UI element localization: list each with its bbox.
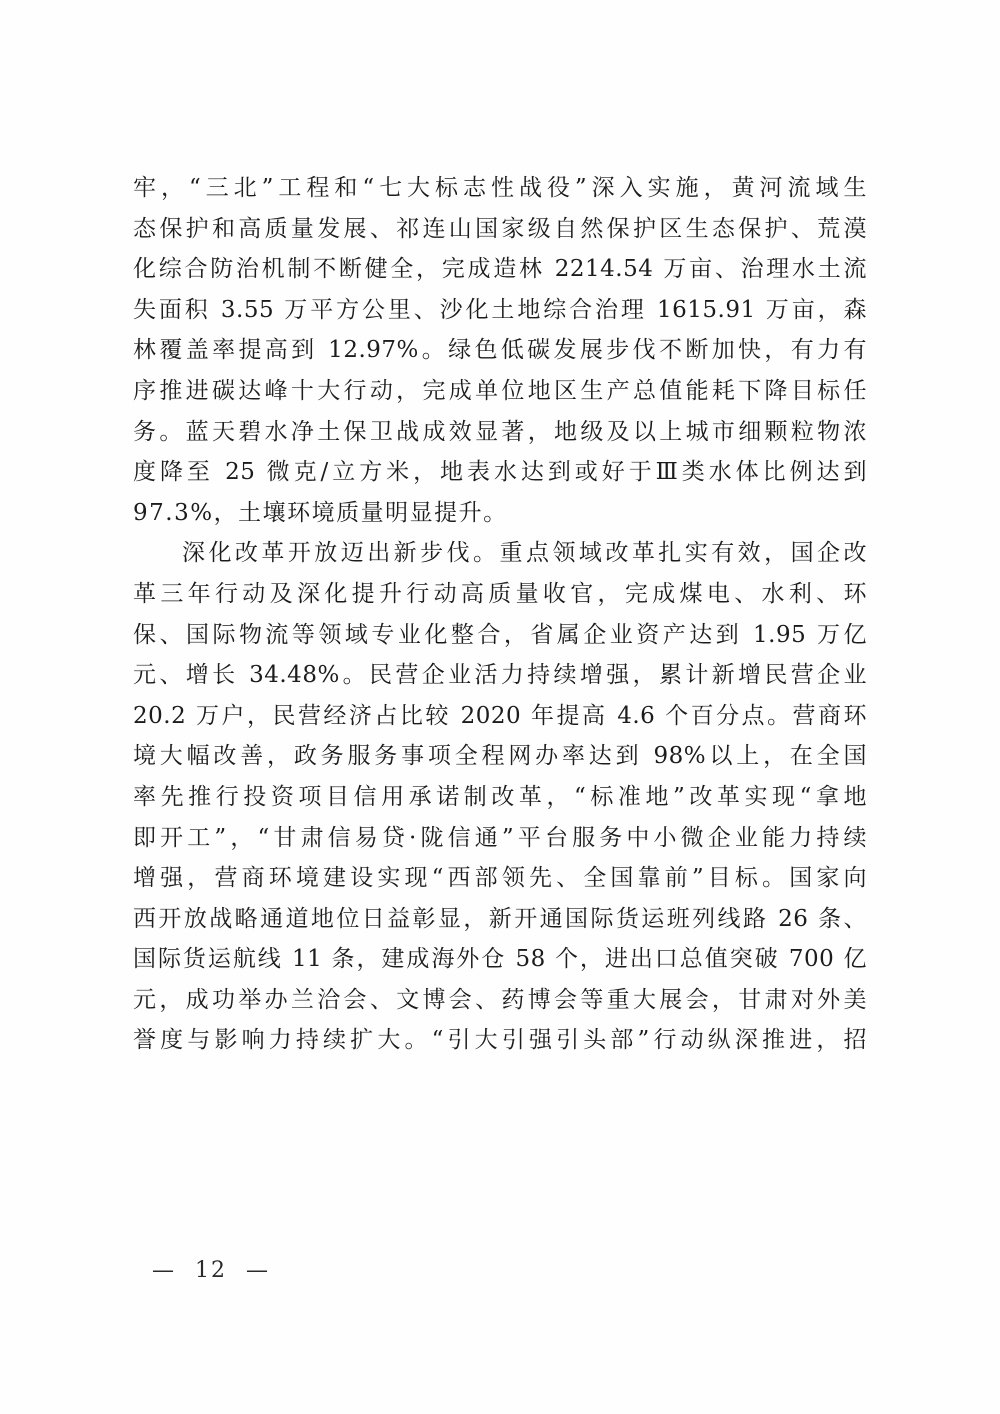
text-line: 务。蓝天碧水净土保卫战成效显著，地级及以上城市细颗粒物浓 [133,412,867,453]
text-line: 增强，营商环境建设实现“西部领先、全国靠前”目标。国家向 [133,858,867,899]
text-line: 失面积 3.55 万平方公里、沙化土地综合治理 1615.91 万亩，森 [133,290,867,331]
text-line: 即开工”，“甘肃信易贷·陇信通”平台服务中小微企业能力持续 [133,818,867,859]
document-page: 牢，“三北”工程和“七大标志性战役”深入实施，黄河流域生 态保护和高质量发展、祁… [0,0,1000,1414]
text-line: 态保护和高质量发展、祁连山国家级自然保护区生态保护、荒漠 [133,209,867,250]
text-line: 元、增长 34.48%。民营企业活力持续增强，累计新增民营企业 [133,655,867,696]
text-line: 深化改革开放迈出新步伐。重点领域改革扎实有效，国企改 [133,533,867,574]
text-line: 率先推行投资项目信用承诺制改革，“标准地”改革实现“拿地 [133,777,867,818]
text-line: 西开放战略通道地位日益彰显，新开通国际货运班列线路 26 条、 [133,899,867,940]
paragraph-ecology: 牢，“三北”工程和“七大标志性战役”深入实施，黄河流域生 态保护和高质量发展、祁… [133,168,867,533]
text-line: 化综合防治机制不断健全，完成造林 2214.54 万亩、治理水土流 [133,249,867,290]
text-line: 革三年行动及深化提升行动高质量收官，完成煤电、水利、环 [133,574,867,615]
text-line: 20.2 万户，民营经济占比较 2020 年提高 4.6 个百分点。营商环 [133,696,867,737]
text-line: 国际货运航线 11 条，建成海外仓 58 个，进出口总值突破 700 亿 [133,939,867,980]
text-line: 度降至 25 微克/立方米，地表水达到或好于Ⅲ类水体比例达到 [133,452,867,493]
text-line: 序推进碳达峰十大行动，完成单位地区生产总值能耗下降目标任 [133,371,867,412]
body-text: 牢，“三北”工程和“七大标志性战役”深入实施，黄河流域生 态保护和高质量发展、祁… [133,168,867,1061]
paragraph-reform-opening: 深化改革开放迈出新步伐。重点领域改革扎实有效，国企改 革三年行动及深化提升行动高… [133,533,867,1061]
text-line: 境大幅改善，政务服务事项全程网办率达到 98%以上，在全国 [133,736,867,777]
page-number: — 12 — [152,1258,270,1283]
text-line: 林覆盖率提高到 12.97%。绿色低碳发展步伐不断加快，有力有 [133,330,867,371]
text-line: 97.3%，土壤环境质量明显提升。 [133,493,867,534]
text-line: 元，成功举办兰洽会、文博会、药博会等重大展会，甘肃对外美 [133,980,867,1021]
text-line: 牢，“三北”工程和“七大标志性战役”深入实施，黄河流域生 [133,168,867,209]
text-line: 誉度与影响力持续扩大。“引大引强引头部”行动纵深推进，招 [133,1020,867,1061]
text-line: 保、国际物流等领域专业化整合，省属企业资产达到 1.95 万亿 [133,615,867,656]
